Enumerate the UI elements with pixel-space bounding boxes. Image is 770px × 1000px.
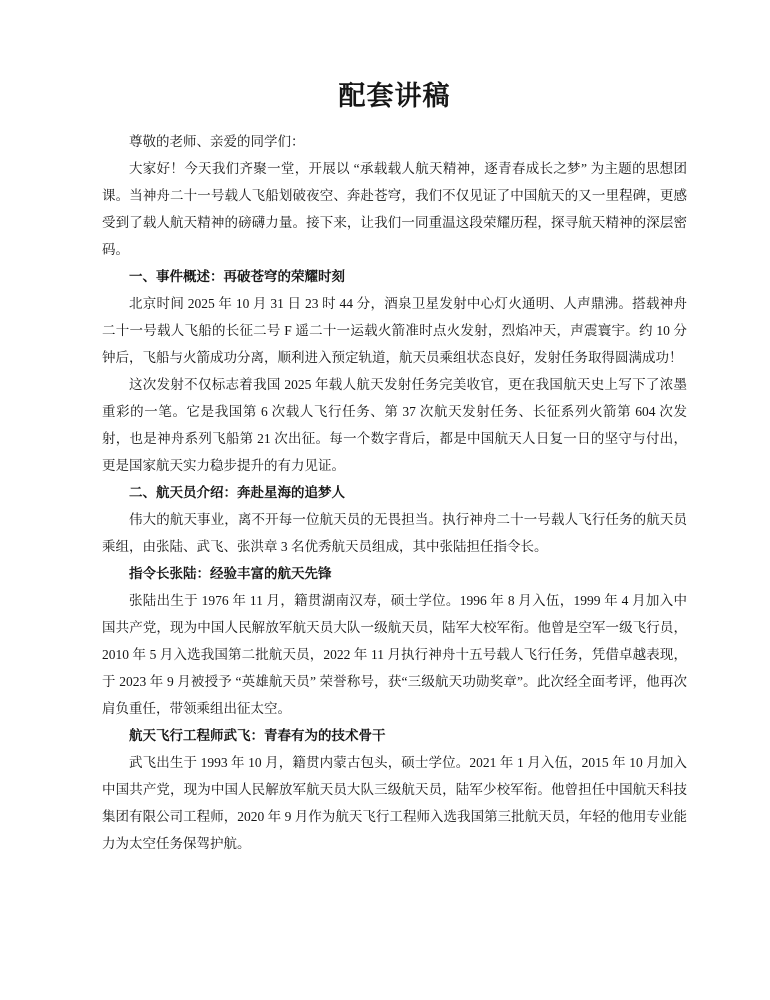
engineer-heading: 航天飞行工程师武飞：青春有为的技术骨干 [102, 722, 687, 749]
engineer-bio-paragraph: 武飞出生于 1993 年 10 月，籍贯内蒙古包头，硕士学位。2021 年 1 … [102, 749, 687, 857]
opening-paragraph: 大家好！今天我们齐聚一堂，开展以 “承载载人航天精神，逐青春成长之梦” 为主题的… [102, 155, 687, 263]
launch-event-paragraph: 北京时间 2025 年 10 月 31 日 23 时 44 分，酒泉卫星发射中心… [102, 290, 687, 371]
document-body: 尊敬的老师、亲爱的同学们： 大家好！今天我们齐聚一堂，开展以 “承载载人航天精神… [102, 128, 687, 857]
document-page: 配套讲稿 尊敬的老师、亲爱的同学们： 大家好！今天我们齐聚一堂，开展以 “承载载… [0, 0, 770, 1000]
section-1-heading: 一、事件概述：再破苍穹的荣耀时刻 [102, 263, 687, 290]
crew-intro-paragraph: 伟大的航天事业，离不开每一位航天员的无畏担当。执行神舟二十一号载人飞行任务的航天… [102, 506, 687, 560]
section-2-heading: 二、航天员介绍：奔赴星海的追梦人 [102, 479, 687, 506]
commander-heading: 指令长张陆：经验丰富的航天先锋 [102, 560, 687, 587]
salutation-line: 尊敬的老师、亲爱的同学们： [102, 128, 687, 155]
document-title: 配套讲稿 [102, 76, 687, 116]
milestone-paragraph: 这次发射不仅标志着我国 2025 年载人航天发射任务完美收官，更在我国航天史上写… [102, 371, 687, 479]
commander-bio-paragraph: 张陆出生于 1976 年 11 月，籍贯湖南汉寿，硕士学位。1996 年 8 月… [102, 587, 687, 722]
